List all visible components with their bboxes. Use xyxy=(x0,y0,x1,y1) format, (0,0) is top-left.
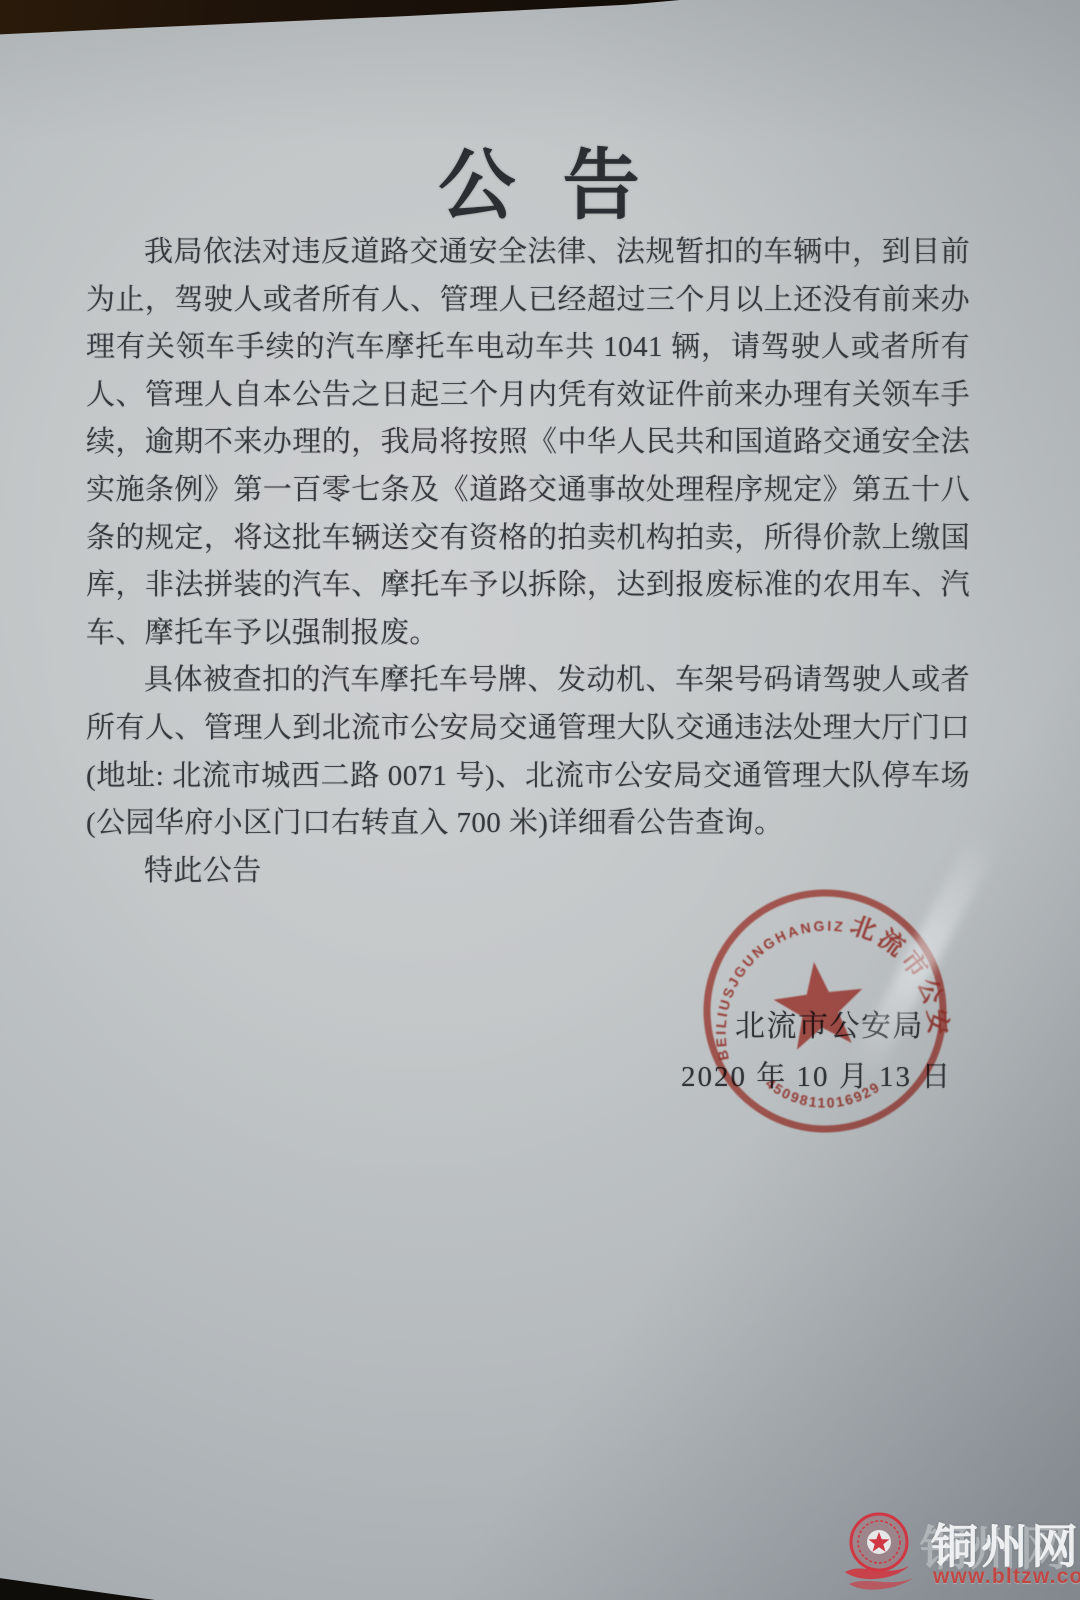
paragraph-2: 具体被查扣的汽车摩托车号牌、发动机、车架号码请驾驶人或者所有人、管理人到北流市公… xyxy=(86,657,970,847)
watermark-logo-icon xyxy=(843,1508,933,1600)
watermark-site-url: www.bltzw.com xyxy=(933,1565,1080,1589)
announcement-body: 我局依法对违反道路交通安全法律、法规暂扣的车辆中，到目前为止，驾驶人或者所有人、… xyxy=(86,229,970,895)
document-photo: 公 告 我局依法对违反道路交通安全法律、法规暂扣的车辆中，到目前为止，驾驶人或者… xyxy=(0,0,1080,1600)
site-watermark: 铜州网 www.bltzw.com xyxy=(843,1508,1080,1600)
page-title: 公 告 xyxy=(0,124,1080,235)
star-icon xyxy=(770,957,869,1052)
paragraph-1: 我局依法对违反道路交通安全法律、法规暂扣的车辆中，到目前为止，驾驶人或者所有人、… xyxy=(86,229,970,657)
official-seal: BEILIUSJGUNGHANGIZ 北流市公安局 4509811016929 xyxy=(680,866,970,1156)
official-seal-graphic: BEILIUSJGUNGHANGIZ 北流市公安局 4509811016929 xyxy=(680,866,970,1156)
